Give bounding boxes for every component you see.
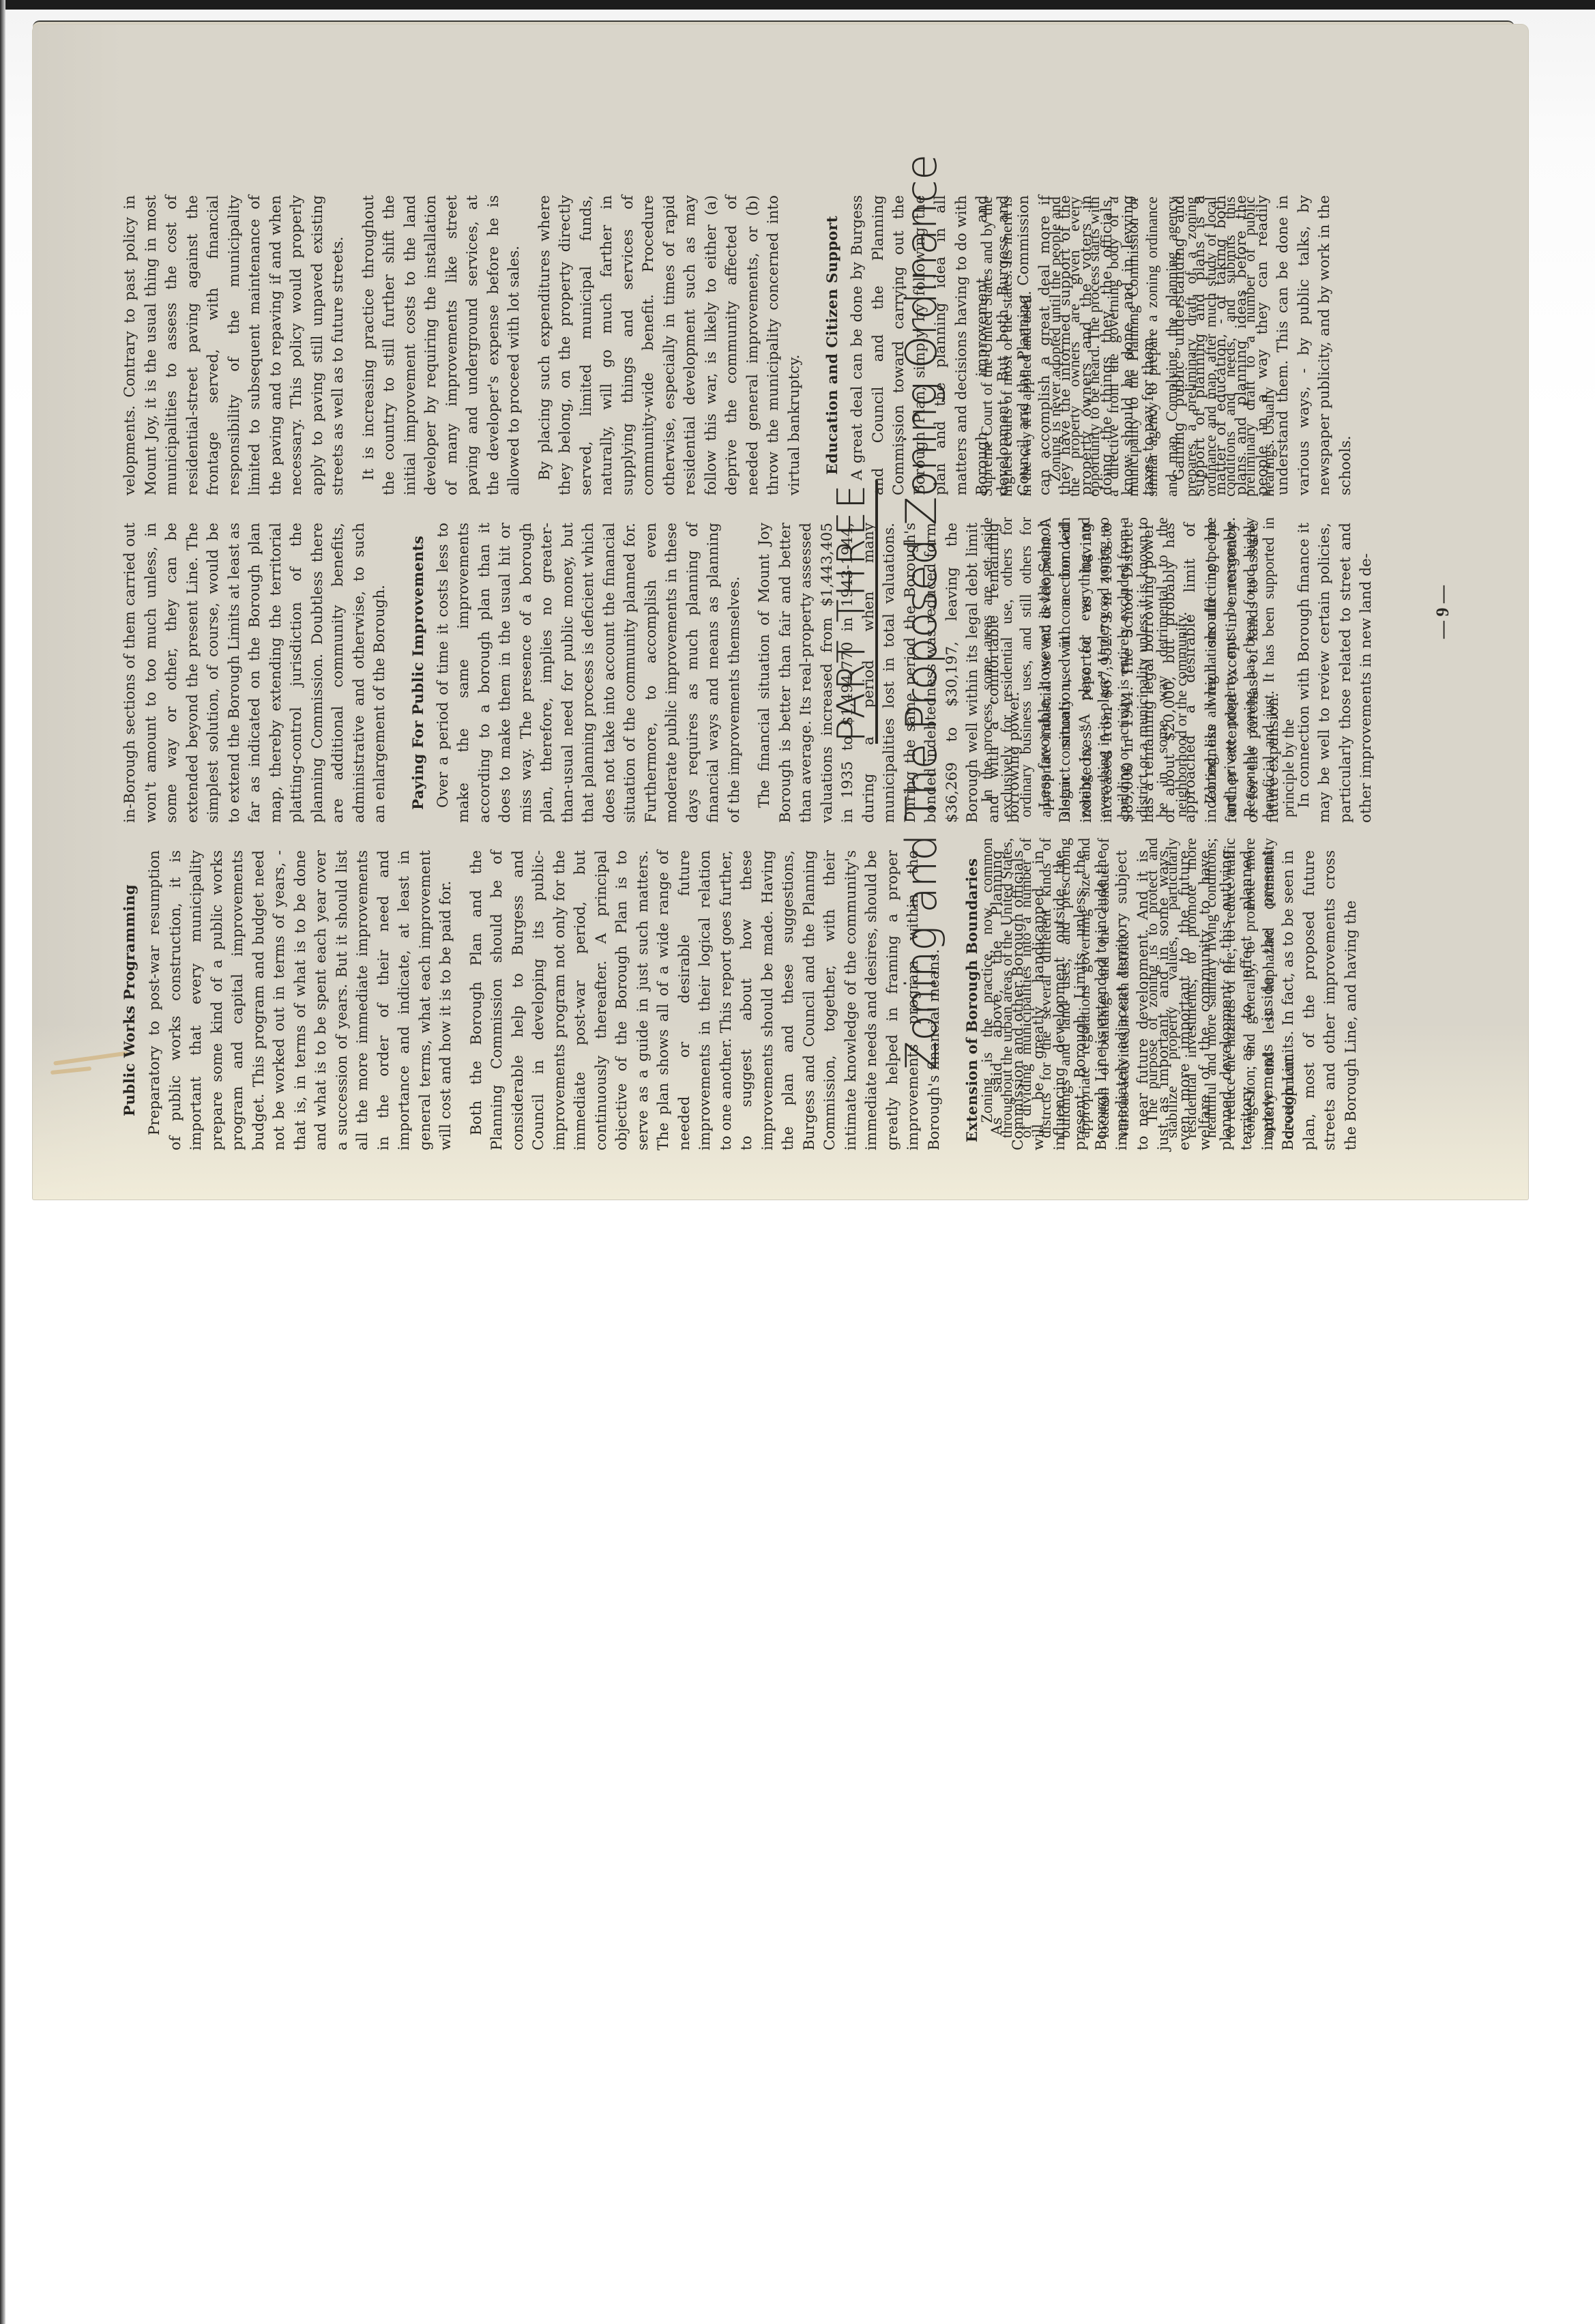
section-heading: Paying For Public Improvements bbox=[409, 523, 429, 823]
spacer bbox=[1192, 517, 1201, 817]
paragraph: Zoning, like all regulations affecting p… bbox=[1201, 517, 1299, 817]
paragraph: Supreme Court of the United States and b… bbox=[978, 197, 1036, 497]
spacer bbox=[745, 523, 755, 823]
page-number: — 9 — bbox=[1433, 25, 1453, 1200]
paragraph: In the process, some areas are set aside… bbox=[978, 517, 1192, 817]
paragraph: In connection with Borough finance it ma… bbox=[1294, 523, 1377, 823]
zoning-column-3: Supreme Court of the United States and b… bbox=[978, 197, 1279, 497]
spacer bbox=[1036, 197, 1046, 497]
paragraph: Preparatory to post-war resumption of pu… bbox=[145, 850, 457, 1150]
section-title: Zoning and The Proposed Zoning Ordinance bbox=[896, 25, 946, 1200]
document-page: Public Works ProgrammingPreparatory to p… bbox=[33, 25, 1528, 1200]
section-heading: Public Works Programming bbox=[120, 850, 141, 1150]
spacer bbox=[457, 850, 467, 1150]
paragraph: Over a period of time it costs less to m… bbox=[433, 523, 746, 823]
rotated-page-content: Public Works ProgrammingPreparatory to p… bbox=[33, 25, 1528, 1200]
part-label: PART THREE bbox=[830, 480, 878, 743]
paragraph: It is increasing practice throughout the… bbox=[359, 195, 525, 495]
spacer bbox=[1133, 838, 1143, 1138]
scanner-lid-edge bbox=[0, 0, 1595, 10]
spacer bbox=[525, 195, 535, 495]
part-heading: PART THREE bbox=[830, 25, 874, 1200]
scanner-side-edge bbox=[0, 0, 5, 2324]
paragraph: in-Borough sections of them carried out … bbox=[120, 523, 391, 823]
paragraph: Zoning is the practice, now common throu… bbox=[978, 838, 1133, 1138]
spacer bbox=[805, 195, 823, 495]
spacer bbox=[349, 195, 359, 495]
zoning-column-2: In the process, some areas are set aside… bbox=[978, 517, 1298, 817]
spacer bbox=[391, 523, 409, 823]
paragraph: Zoning is never adopted until the people… bbox=[1046, 197, 1279, 497]
paragraph: By placing such expenditures where they … bbox=[535, 195, 806, 495]
paragraph: The purpose of zoning is to protect and … bbox=[1143, 838, 1298, 1138]
zoning-column-1: Zoning is the practice, now common throu… bbox=[978, 838, 1298, 1138]
paragraph: velopments. Contrary to past policy in M… bbox=[120, 195, 349, 495]
spacer bbox=[945, 850, 963, 1150]
